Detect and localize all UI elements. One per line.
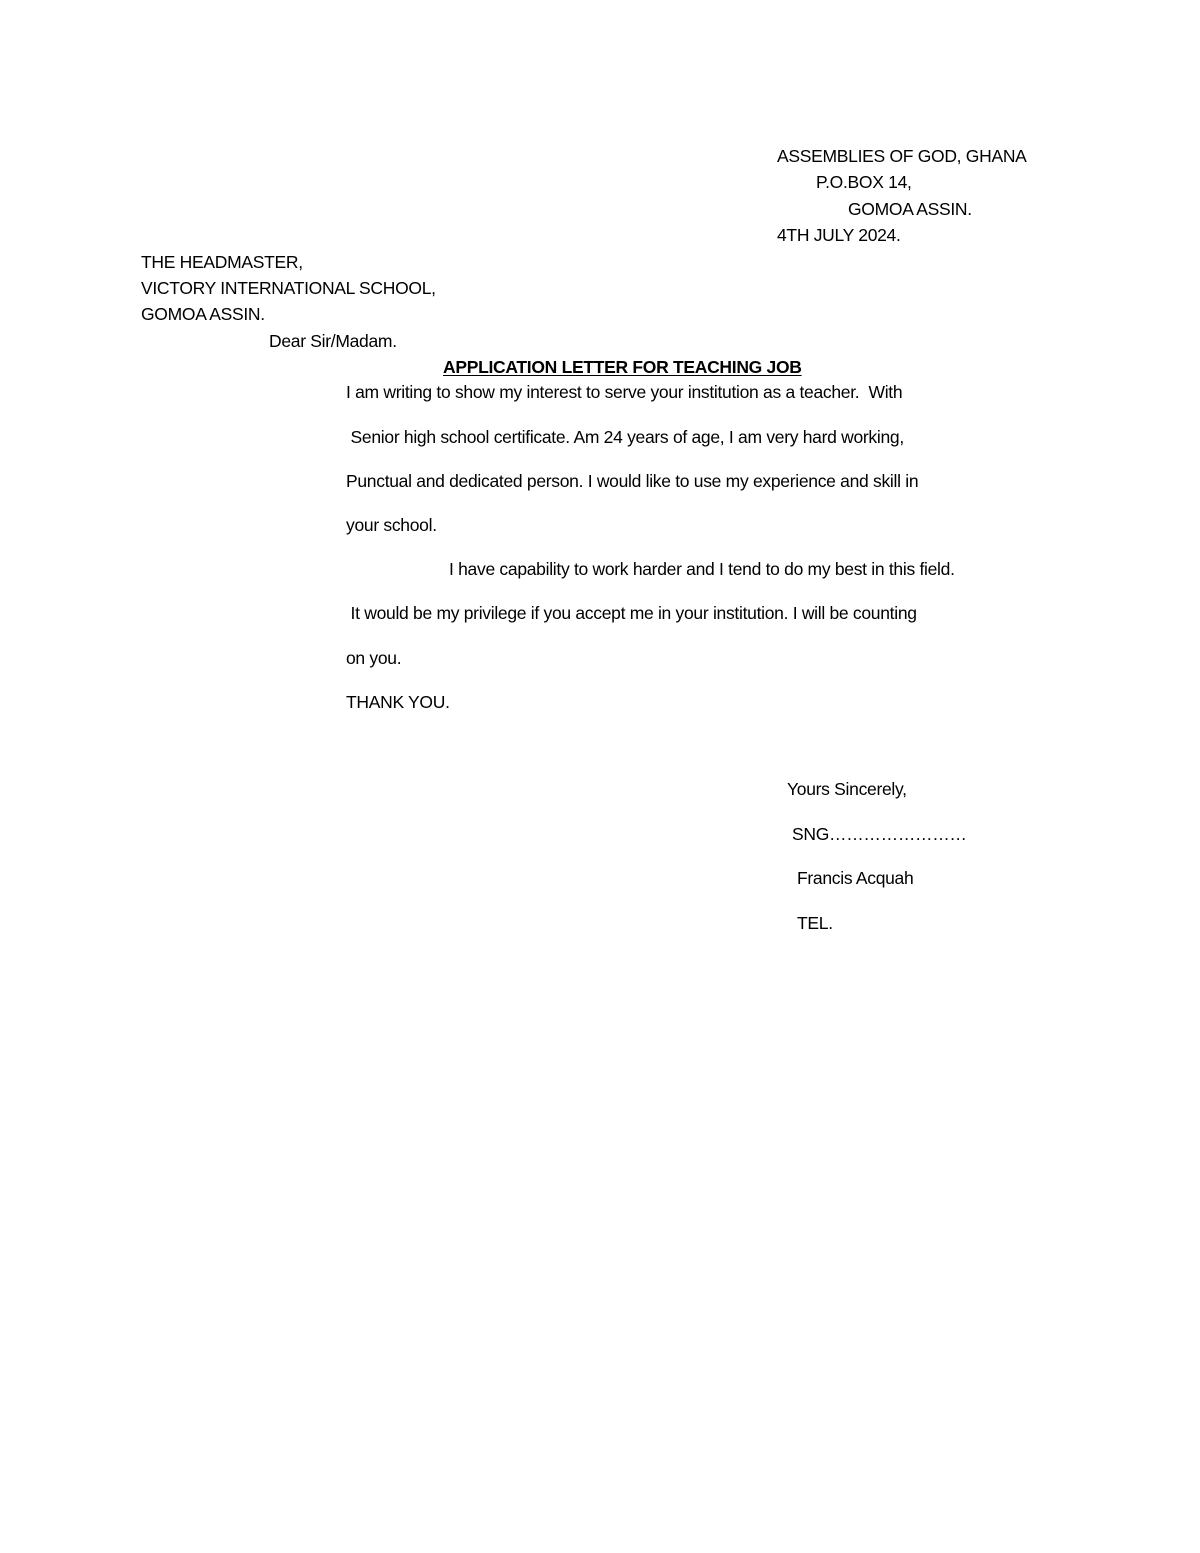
recipient-town: GOMOA ASSIN. [141, 304, 265, 324]
recipient-school: VICTORY INTERNATIONAL SCHOOL, [141, 278, 436, 298]
sender-tel: TEL. [797, 913, 833, 933]
body-line: Senior high school certificate. Am 24 ye… [346, 427, 904, 447]
body-line: It would be my privilege if you accept m… [346, 603, 917, 623]
recipient-title: THE HEADMASTER, [141, 252, 303, 272]
body-line: I have capability to work harder and I t… [449, 559, 955, 579]
letter-subject: APPLICATION LETTER FOR TEACHING JOB [443, 357, 802, 377]
letter-date: 4TH JULY 2024. [777, 225, 901, 245]
sender-organization: ASSEMBLIES OF GOD, GHANA [777, 146, 1027, 166]
sender-name: Francis Acquah [797, 868, 913, 888]
body-line: I am writing to show my interest to serv… [346, 382, 902, 402]
sender-po-box: P.O.BOX 14, [816, 172, 912, 192]
body-line: your school. [346, 515, 437, 535]
salutation: Dear Sir/Madam. [269, 331, 397, 351]
body-line: on you. [346, 648, 401, 668]
valediction: Yours Sincerely, [787, 779, 907, 799]
body-line: Punctual and dedicated person. I would l… [346, 471, 918, 491]
signature: SNG…………………… [792, 824, 967, 844]
sender-town: GOMOA ASSIN. [848, 199, 972, 219]
thank-you: THANK YOU. [346, 692, 450, 712]
